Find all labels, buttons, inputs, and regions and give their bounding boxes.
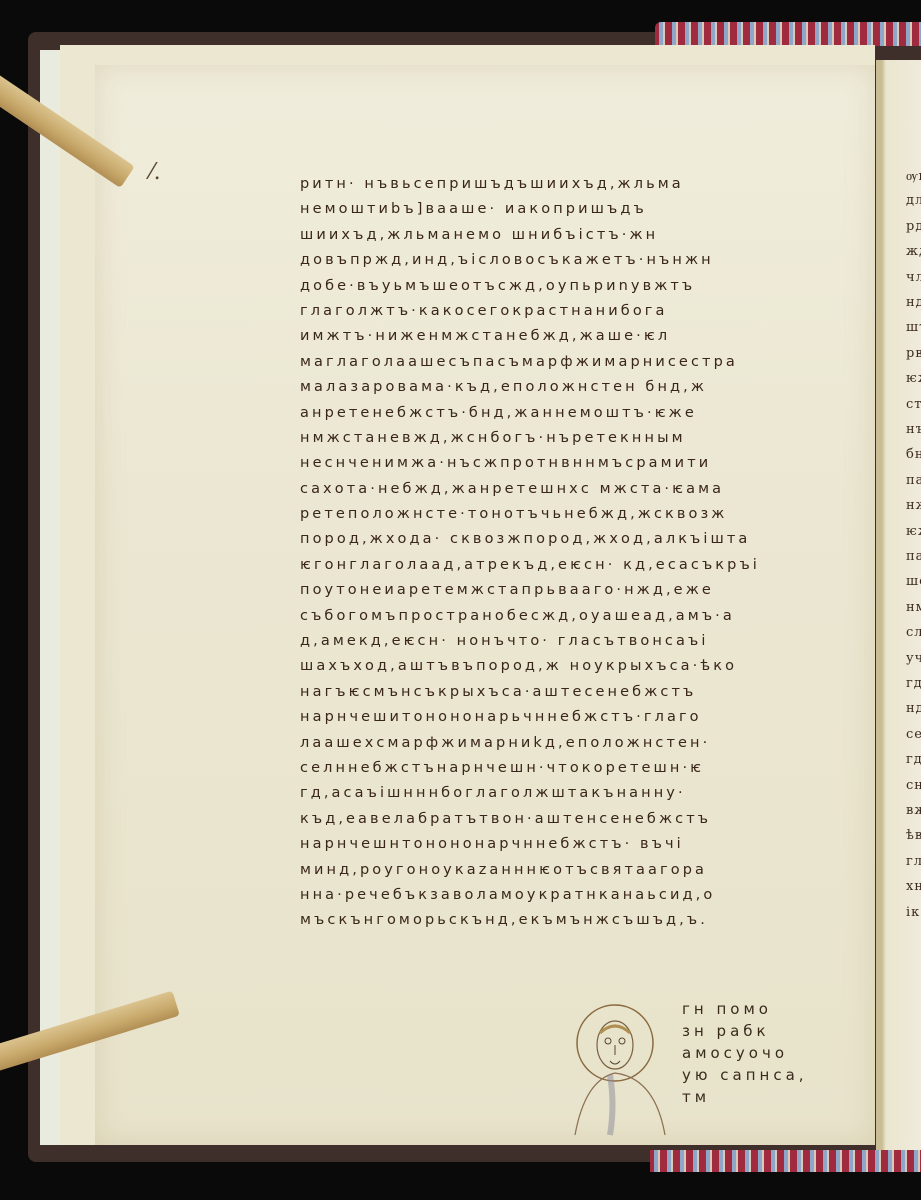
facing-page-fragment: нж: [906, 498, 921, 513]
text-line: неснченимжа·нъсжпротнвннмъсрамити: [300, 451, 860, 476]
colophon-line: амосуочо: [682, 1042, 842, 1064]
colophon-line: ую сапнса,: [682, 1064, 842, 1086]
facing-page-edge: ѹгдлрдждчліндштрвіѥжстрнъбннпанжѥжпашенм…: [876, 60, 921, 1150]
text-line: лаашехсмарфжимарниkд,еположнстен·: [300, 731, 860, 756]
text-line: нарнчешитонононарьчннебжстъ·глаго: [300, 705, 860, 730]
text-line: нарнчешнтонононарчннебжстъ· въчі: [300, 832, 860, 857]
text-line: къд,еавелабратътвон·аштенсенебжстъ: [300, 807, 860, 832]
text-line: мъскънгоморьскънд,екъмънжсъшъд,ъ.: [300, 908, 860, 933]
colophon-line: гн помо: [682, 998, 842, 1020]
text-line: нмжстаневжд,жснбогъ·нъретекнным: [300, 426, 860, 451]
facing-page-fragment: гл: [906, 854, 921, 869]
facing-page-fragment: рд: [906, 219, 921, 234]
facing-page-fragment: нд: [906, 701, 921, 716]
facing-page-fragment: гд: [906, 752, 921, 767]
saint-portrait-sketch: [570, 995, 700, 1145]
facing-page-fragment: ѣв: [906, 828, 921, 843]
facing-page-fragment: сн: [906, 778, 921, 793]
facing-page-fragment: дл: [906, 193, 921, 208]
text-line: сахота·небжд,жанретешнхс мжста·ѥама: [300, 477, 860, 502]
facing-page-fragment: ѥж: [906, 524, 921, 539]
text-line: немоштиbъ]ваашe· иакопришъдъ: [300, 197, 860, 222]
facing-page-fragment: па: [906, 549, 921, 564]
text-line: добе·въуьмъшеотъсжд,оупьриnувжтъ: [300, 274, 860, 299]
text-line: селннебжстънарнчешн·чтокоретешн·ѥ: [300, 756, 860, 781]
margin-mark: ⁄.: [150, 160, 161, 185]
facing-page-fragment: сл: [906, 625, 921, 640]
text-line: довъпржд,инд,ъісловосъкажетъ·нънжн: [300, 248, 860, 273]
facing-page-fragment: стр: [906, 397, 921, 412]
facing-page-fragment: гд: [906, 676, 921, 691]
facing-page-fragment: ше: [906, 574, 921, 589]
facing-page-fragment: жд: [906, 244, 921, 259]
colophon-line: тм: [682, 1086, 842, 1108]
text-line: поутонеиаретемжстапрьвааго·нжд,еже: [300, 578, 860, 603]
colophon-line: зн рабк: [682, 1020, 842, 1042]
text-line: пород,жхода· сквозжпород,жход,алкъішта: [300, 527, 860, 552]
text-line: ритн· нъвьсепришъдъшиихъд,жльма: [300, 172, 860, 197]
facing-page-fragment: ѹг: [906, 168, 921, 184]
facing-page-fragment: сер: [906, 727, 921, 742]
facing-page-fragment: вж: [906, 803, 921, 818]
text-line: анретенебжстъ·бнд,жаннемоштъ·ѥже: [300, 401, 860, 426]
text-line: нна·речебъкзаволамоукратнканаьсид,о: [300, 883, 860, 908]
text-line: имжтъ·нижeнмжстанебжд,жаше·ѥл: [300, 324, 860, 349]
text-line: събогомъпространобесжд,оуашеад,амъ·а: [300, 604, 860, 629]
text-line: ретеположнсте·тонотъчьнебжд,жсквозж: [300, 502, 860, 527]
facing-page-fragment: хн: [906, 879, 921, 894]
headband-bottom: [650, 1150, 921, 1172]
facing-page-fragment: па: [906, 473, 921, 488]
facing-page-fragment: члі: [906, 270, 921, 285]
facing-page-fragment: ік: [906, 905, 920, 920]
facing-page-fragment: рві: [906, 346, 921, 361]
facing-page-fragment: уч: [906, 651, 921, 666]
facing-page-fragment: бнн: [906, 447, 921, 462]
facing-page-fragment: нъ: [906, 422, 921, 437]
text-line: гд,асаъішнннбоглаголжштакънанну·: [300, 781, 860, 806]
text-line: малазаровама·къд,еположнстен бнд,ж: [300, 375, 860, 400]
text-line: шахъход,аштъвъпород,ж ноукрыхъса·ѣко: [300, 654, 860, 679]
text-line: шиихъд,жльманемо шнибъістъ·жн: [300, 223, 860, 248]
text-line: нагъѥсмънсъкрыхъса·аштесенебжстъ: [300, 680, 860, 705]
facing-page-fragment: нм: [906, 600, 921, 615]
text-line: маглаголаашесъпасъмарфжимарнисестра: [300, 350, 860, 375]
facing-page-fragment: нд: [906, 295, 921, 310]
text-line: д,амекд,еѥсн· нонъчто· гласътвонсаъі: [300, 629, 860, 654]
text-line: ѥгонглаголаад,атрекъд,еѥсн· кд,есасъкръі: [300, 553, 860, 578]
facing-page-fragment: шт: [906, 320, 921, 335]
main-text-block: ритн· нъвьсепришъдъшиихъд,жльманемоштиbъ…: [300, 172, 860, 934]
text-line: минд,роугонoукаzанннѥотъсвятаагора: [300, 858, 860, 883]
colophon-inscription: гн помозн рабкамосуочоую сапнса,тм: [682, 998, 842, 1108]
text-line: глаголжтъ·какосегокрастнанибога: [300, 299, 860, 324]
facing-page-fragment: ѥж: [906, 371, 921, 386]
headband-top: [655, 22, 921, 46]
